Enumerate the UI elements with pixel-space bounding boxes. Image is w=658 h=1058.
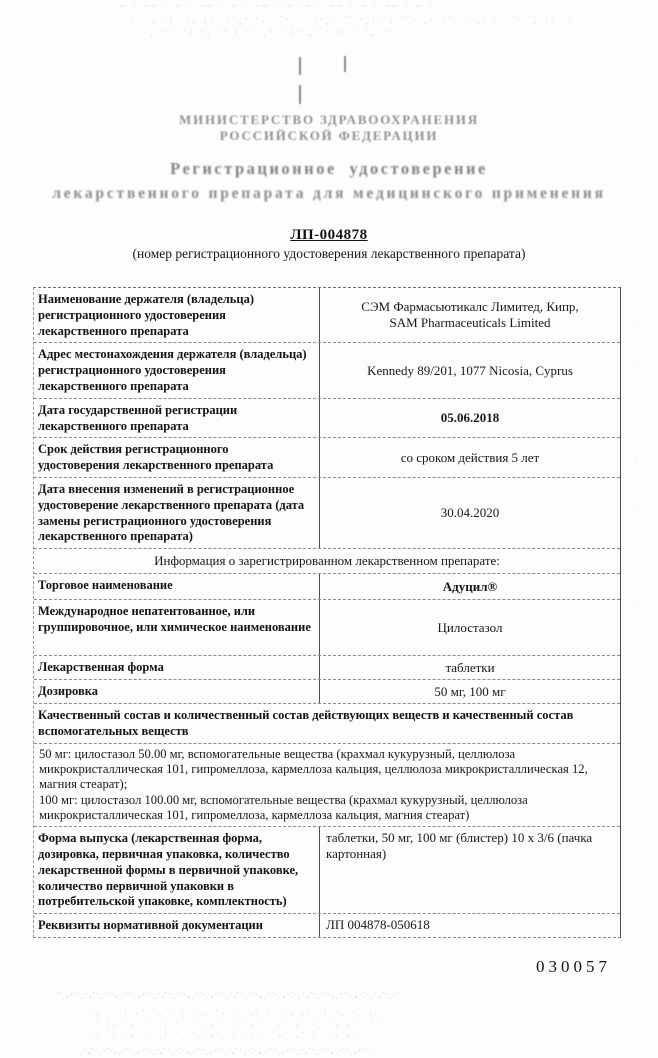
field-value: ЛП 004878-050618	[319, 914, 620, 937]
field-value: Цилостазол	[319, 600, 620, 655]
scan-noise-top-line: – · –– · – · –– · – · –– · – ·– · –– · –…	[120, 0, 640, 10]
field-value: со сроком действия 5 лет	[319, 438, 620, 477]
table-row-inn-name: Международное непатентованное, или групп…	[34, 599, 620, 655]
table-row-normative-docs: Реквизиты нормативной документации ЛП 00…	[34, 913, 620, 937]
field-label: Международное непатентованное, или групп…	[34, 600, 319, 655]
registration-table: Наименование держателя (владельца) регис…	[33, 287, 621, 938]
field-value: 50 мг, 100 мг	[319, 680, 620, 703]
registration-number: ЛП-004878	[0, 227, 658, 244]
scan-noise-bottom-line-2: ˌ·,'·ˌ·'·,ˌ·'·ˌ,·'·ˌ·,'·ˌ·'·,ˌ·'·ˌ,·'·ˌ·…	[80, 1046, 600, 1055]
field-value: СЭМ Фармасьютикалс Лимитед, Кипр, SAM Ph…	[319, 288, 620, 342]
field-value: 30.04.2020	[319, 478, 620, 548]
scan-noise-right-margin: · : · ¸ · ˙ · · : · ¸ · ˙ · : ·	[636, 300, 639, 622]
table-row-dosage: Дозировка 50 мг, 100 мг	[34, 679, 620, 703]
table-row-amendment-date: Дата внесения изменений в регистрационно…	[34, 477, 620, 548]
field-label: Торговое наименование	[34, 574, 319, 599]
stamp-number: 030057	[536, 957, 611, 977]
field-label: Лекарственная форма	[34, 656, 319, 679]
table-row-dosage-form: Лекарственная форма таблетки	[34, 655, 620, 679]
field-value: таблетки, 50 мг, 100 мг (блистер) 10 x 3…	[319, 827, 620, 913]
document-title-line-2: лекарственного препарата для медицинског…	[0, 185, 658, 203]
table-row-holder-address: Адрес местонахождения держателя (владель…	[34, 342, 620, 397]
ministry-heading: МИНИСТЕРСТВО ЗДРАВООХРАНЕНИЯ РОССИЙСКОЙ …	[0, 112, 658, 144]
scan-noise-bottom-line-1: ·'ˌ,·'·ˌ·,'·ˌ·'·,ˌ·'·ˌ,·'·ˌ·,'·ˌ·'·,ˌ·'·…	[55, 990, 615, 999]
scan-noise-top-band: · ˙ ¸ ·: ˙·¸ ‚·˙ :˙¸· ·‚˙ ¨·˙˙ ˙:·¸· ˙¨ …	[130, 14, 610, 24]
table-row-validity-period: Срок действия регистрационного удостовер…	[34, 437, 620, 477]
field-value: таблетки	[319, 656, 620, 679]
table-row-release-form: Форма выпуска (лекарственная форма, дози…	[34, 826, 620, 913]
field-value: 05.06.2018	[319, 399, 620, 438]
ministry-line-1: МИНИСТЕРСТВО ЗДРАВООХРАНЕНИЯ	[0, 112, 658, 128]
document-title-line-1: Регистрационное удостоверение	[0, 159, 658, 179]
scan-noise-bottom-band: ·¸ ˙ ·: ‚· ˙¸ · :˙ ·¸ ·‚ ˙· ¸: ·˙ ·¸ ‚· …	[90, 1006, 590, 1039]
table-row-trade-name: Торговое наименование Адуцил®	[34, 573, 620, 599]
field-label: Дата государственной регистрации лекарст…	[34, 399, 319, 438]
table-row-holder-name: Наименование держателя (владельца) регис…	[34, 288, 620, 342]
scan-vertical-mark	[299, 85, 301, 104]
ministry-line-2: РОССИЙСКОЙ ФЕДЕРАЦИИ	[0, 128, 658, 144]
composition-text: 50 мг: цилостазол 50.00 мг, вспомогатель…	[34, 743, 620, 826]
info-section-heading: Информация о зарегистрированном лекарств…	[34, 548, 620, 573]
scan-vertical-mark	[299, 57, 301, 75]
field-label: Срок действия регистрационного удостовер…	[34, 438, 319, 477]
scan-vertical-mark	[344, 56, 346, 72]
registration-number-caption: (номер регистрационного удостоверения ле…	[0, 246, 658, 262]
field-label: Дозировка	[34, 680, 319, 703]
scan-noise-top-band-2: ¸ · ˙ ·: ·¸ ˙· : ·˙ ¸· ˙ :· ¸˙ · :· ˙ ·¸…	[150, 26, 590, 36]
field-value: Адуцил®	[319, 574, 620, 599]
table-row-registration-date: Дата государственной регистрации лекарст…	[34, 398, 620, 438]
field-label: Адрес местонахождения держателя (владель…	[34, 343, 319, 397]
field-value: Kennedy 89/201, 1077 Nicosia, Cyprus	[319, 343, 620, 397]
composition-heading: Качественный состав и количественный сос…	[34, 703, 620, 743]
field-label: Наименование держателя (владельца) регис…	[34, 288, 319, 342]
field-label: Реквизиты нормативной документации	[34, 914, 319, 937]
field-label: Форма выпуска (лекарственная форма, дози…	[34, 827, 319, 913]
field-label: Дата внесения изменений в регистрационно…	[34, 478, 319, 548]
